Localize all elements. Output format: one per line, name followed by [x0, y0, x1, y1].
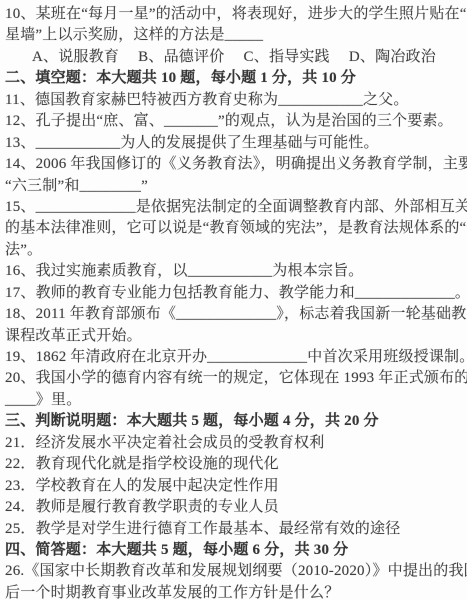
question-18-line-2: 课程改革正式开始。 — [5, 326, 462, 347]
question-24: 24．教师是履行教育教学职责的专业人员 — [5, 497, 462, 518]
question-20-line-1: 20、我国小学的德育内容有统一的规定，它体现在 1993 年正式颁布的《_ — [5, 368, 462, 389]
question-22: 22．教育现代化就是指学校设施的现代化 — [5, 454, 462, 475]
question-26-line-1: 26.《国家中长期教育改革和发展规划纲要（2010-2020）》中提出的我国今 — [5, 561, 462, 582]
question-10-text-line-1: 10、某班在“每月一星”的活动中，将表现好，进步大的学生照片贴在“明 — [5, 4, 462, 25]
question-14-line-2: “六三制”和________” — [5, 176, 462, 197]
section-4-heading-short-answer: 四、简答题：本大题共 5 题，每小题 6 分，共 30 分 — [5, 540, 462, 561]
question-10-text-line-2: 星墙”上以示奖励，这样的方法是_____ — [5, 25, 462, 46]
question-21: 21．经济发展水平决定着社会成员的受教育权利 — [5, 433, 462, 454]
question-15-line-3: 法”。 — [5, 240, 462, 261]
question-19: 19、1862 年清政府在北京开办_____________中首次采用班级授课制… — [5, 347, 462, 368]
section-2-heading-fill-in-blanks: 二、填空题：本大题共 10 题，每小题 1 分，共 10 分 — [5, 68, 462, 89]
question-25: 25．教学是对学生进行德育工作最基本、最经常有效的途径 — [5, 519, 462, 540]
question-14-line-1: 14、2006 年我国修订的《义务教育法》，明确提出义务教育学制，主要有 — [5, 154, 462, 175]
question-13: 13、___________为人的发展提供了生理基础与可能性。 — [5, 133, 462, 154]
question-20-line-2: ____》里。 — [5, 390, 462, 411]
question-18-line-1: 18、2011 年教育部颁布《_____________》，标志着我国新一轮基础… — [5, 304, 462, 325]
question-17: 17、教师的教育专业能力包括教育能力、教学能力和_____________。 — [5, 283, 462, 304]
question-15-line-2: 的基本法律准则，它可以说是“教育领域的宪法”，是教育法规体系的“母 — [5, 218, 462, 239]
question-26-line-2: 后一个时期教育事业改革发展的工作方针是什么？ — [5, 583, 462, 600]
section-3-heading-true-false: 三、判断说明题：本大题共 5 题，每小题 4 分，共 20 分 — [5, 411, 462, 432]
question-11: 11、德国教育家赫巴特被西方教育史称为___________之父。 — [5, 90, 462, 111]
question-10-options: A、说服教育 B、品德评价 C、指导实践 D、陶冶政治 — [5, 47, 462, 68]
exam-paper-page: 10、某班在“每月一星”的活动中，将表现好，进步大的学生照片贴在“明 星墙”上以… — [0, 0, 467, 600]
question-16: 16、我过实施素质教育，以___________为根本宗旨。 — [5, 261, 462, 282]
question-23: 23．学校教育在人的发展中起决定性作用 — [5, 476, 462, 497]
question-15-line-1: 15、_____________是依据宪法制定的全面调整教育内部、外部相互关系 — [5, 197, 462, 218]
question-12: 12、孔子提出“庶、富、_______”的观点，认为是治国的三个要素。 — [5, 111, 462, 132]
